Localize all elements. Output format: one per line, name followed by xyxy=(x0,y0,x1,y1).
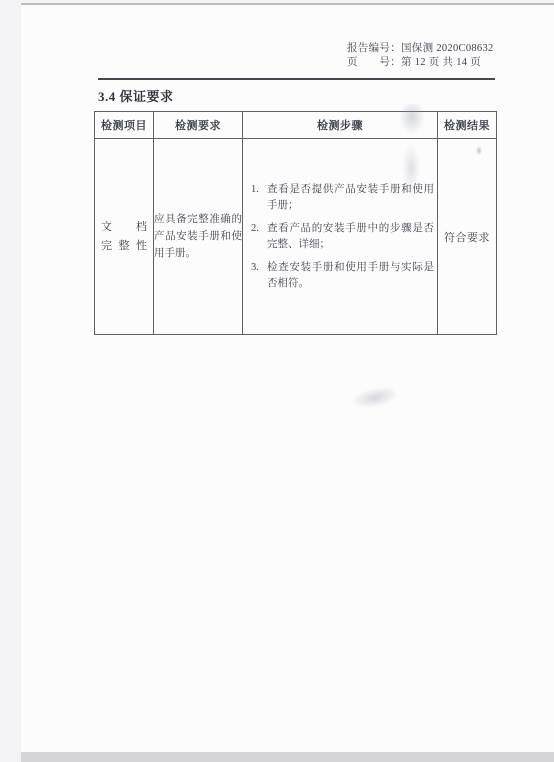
column-header-test-result: 检测结果 xyxy=(438,112,497,139)
cell-test-result: 符合要求 xyxy=(438,139,497,335)
cell-test-steps: 1. 查看是否提供产品安装手册和使用手册； 2. 查看产品的安装手册中的步骤是否… xyxy=(243,139,438,335)
test-item-line-1: 文档 xyxy=(101,218,147,237)
step-text: 查看是否提供产品安装手册和使用手册； xyxy=(267,182,434,214)
test-item-name: 文档 完整性 xyxy=(101,218,147,256)
test-requirement-text: 应具备完整准确的产品安装手册和使用手册。 xyxy=(154,211,242,262)
scanned-report-page: { "document": { "header": { "report_no_l… xyxy=(0,0,554,762)
section-title: 3.4 保证要求 xyxy=(98,86,174,105)
step-number: 2. xyxy=(251,221,267,253)
scan-smudge xyxy=(348,383,397,412)
page-header-block: 报告编号：国保测 2020C08632 页 号：第 12 页 共 14 页 xyxy=(347,42,494,70)
header-divider-rule xyxy=(98,78,495,80)
page-number-line: 页 号：第 12 页 共 14 页 xyxy=(347,56,494,70)
column-header-test-item: 检测项目 xyxy=(95,112,154,139)
column-header-test-requirement: 检测要求 xyxy=(154,112,243,139)
test-result-table: 检测项目 检测要求 检测步骤 检测结果 文档 完整性 应具备完整准确的产品安装手… xyxy=(94,111,497,335)
step-item: 2. 查看产品的安装手册中的步骤是否完整、详细； xyxy=(251,221,434,253)
step-number: 3. xyxy=(251,260,267,292)
test-item-line-2: 完整性 xyxy=(101,237,147,256)
scan-edge-shadow xyxy=(21,752,554,762)
cell-test-requirement: 应具备完整准确的产品安装手册和使用手册。 xyxy=(154,139,243,335)
test-steps-list: 1. 查看是否提供产品安装手册和使用手册； 2. 查看产品的安装手册中的步骤是否… xyxy=(243,182,437,292)
table-header-row: 检测项目 检测要求 检测步骤 检测结果 xyxy=(95,112,497,139)
document-page: 报告编号：国保测 2020C08632 页 号：第 12 页 共 14 页 3.… xyxy=(21,3,554,752)
table-row: 文档 完整性 应具备完整准确的产品安装手册和使用手册。 1. 查看是否提供产品安… xyxy=(95,139,497,335)
cell-test-item: 文档 完整性 xyxy=(95,139,154,335)
column-header-test-steps: 检测步骤 xyxy=(243,112,438,139)
report-number-line: 报告编号：国保测 2020C08632 xyxy=(347,42,494,56)
step-number: 1. xyxy=(251,182,267,214)
step-text: 查看产品的安装手册中的步骤是否完整、详细； xyxy=(267,221,434,253)
step-item: 1. 查看是否提供产品安装手册和使用手册； xyxy=(251,182,434,214)
step-item: 3. 检查安装手册和使用手册与实际是否相符。 xyxy=(251,260,434,292)
step-text: 检查安装手册和使用手册与实际是否相符。 xyxy=(267,260,434,292)
